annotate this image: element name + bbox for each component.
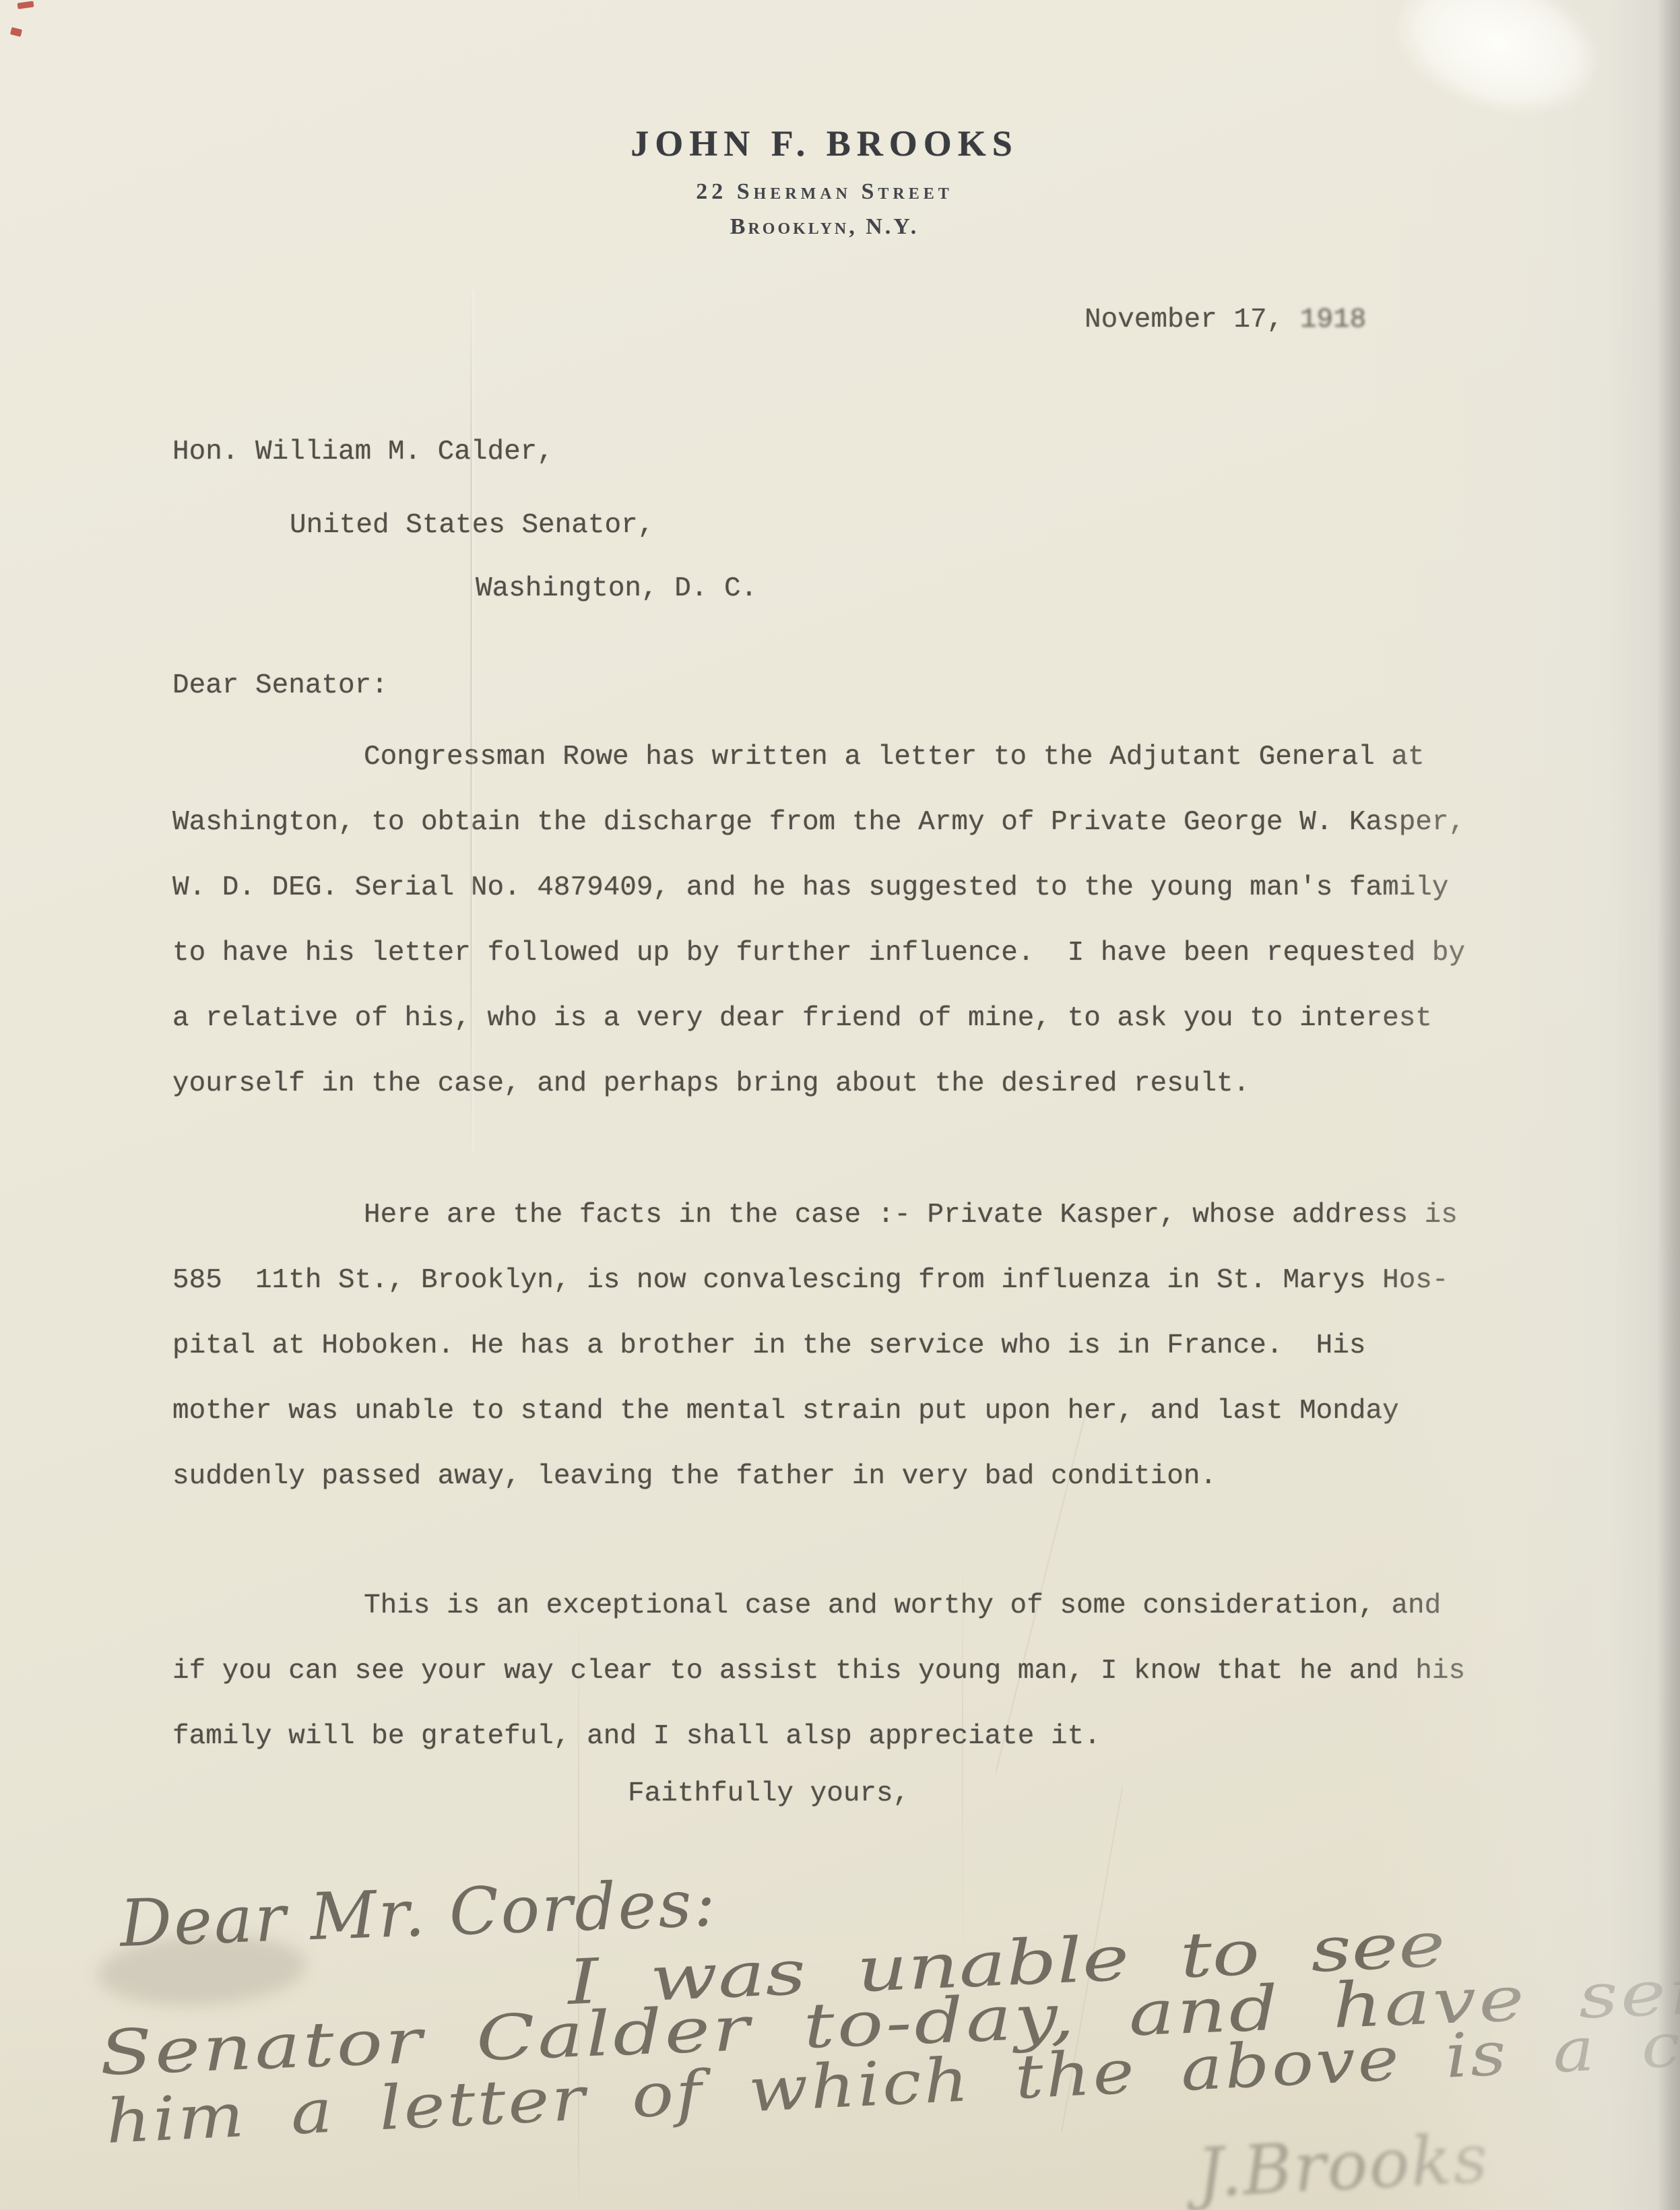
scan-edge-shadow <box>1657 0 1680 2210</box>
letter-line: a relative of his, who is a very dear fr… <box>172 986 1520 1051</box>
recipient-title: United States Senator, <box>290 510 654 541</box>
letter-line: if you can see your way clear to assist … <box>172 1639 1520 1704</box>
recipient-name: Hon. William M. Calder, <box>172 436 554 467</box>
letter-line: Congressman Rowe has written a letter to… <box>172 725 1520 790</box>
letter-line: W. D. DEG. Serial No. 4879409, and he ha… <box>172 855 1520 921</box>
date-line: November 17, 1918 <box>1085 304 1366 335</box>
letter-line: yourself in the case, and perhaps bring … <box>172 1051 1520 1117</box>
closing-line: Faithfully yours, <box>628 1778 909 1809</box>
letter-line: Here are the facts in the case :- Privat… <box>172 1183 1520 1248</box>
letter-line: Washington, to obtain the discharge from… <box>172 790 1520 855</box>
letter-line: family will be grateful, and I shall als… <box>172 1704 1520 1769</box>
date-year: 1918 <box>1300 304 1366 335</box>
letter-page: JOHN F. BROOKS 22 Sherman Street Brookly… <box>0 0 1680 2210</box>
letterhead-city: Brooklyn, N.Y. <box>0 214 1649 240</box>
paragraph-2: Here are the facts in the case :- Privat… <box>172 1183 1520 1509</box>
letter-line: suddenly passed away, leaving the father… <box>172 1444 1520 1509</box>
letter-line: 585 11th St., Brooklyn, is now convalesc… <box>172 1248 1520 1313</box>
recipient-city: Washington, D. C. <box>476 573 757 604</box>
handwritten-signature: J.Brooks <box>1195 2118 1491 2210</box>
letter-line: mother was unable to stand the mental st… <box>172 1379 1520 1444</box>
letter-line: to have his letter followed up by furthe… <box>172 921 1520 986</box>
red-edge-mark <box>10 27 22 37</box>
glare-highlight <box>1382 0 1614 136</box>
letter-line: pital at Hoboken. He has a brother in th… <box>172 1313 1520 1379</box>
letter-line: This is an exceptional case and worthy o… <box>172 1573 1520 1639</box>
salutation: Dear Senator: <box>172 670 388 701</box>
letterhead-street: 22 Sherman Street <box>0 179 1649 205</box>
paragraph-3: This is an exceptional case and worthy o… <box>172 1573 1520 1769</box>
paragraph-1: Congressman Rowe has written a letter to… <box>172 725 1520 1117</box>
letterhead: JOHN F. BROOKS 22 Sherman Street Brookly… <box>0 123 1649 240</box>
date-prefix: November 17, <box>1085 304 1300 335</box>
red-edge-mark <box>17 1 34 9</box>
letterhead-name: JOHN F. BROOKS <box>0 123 1649 164</box>
